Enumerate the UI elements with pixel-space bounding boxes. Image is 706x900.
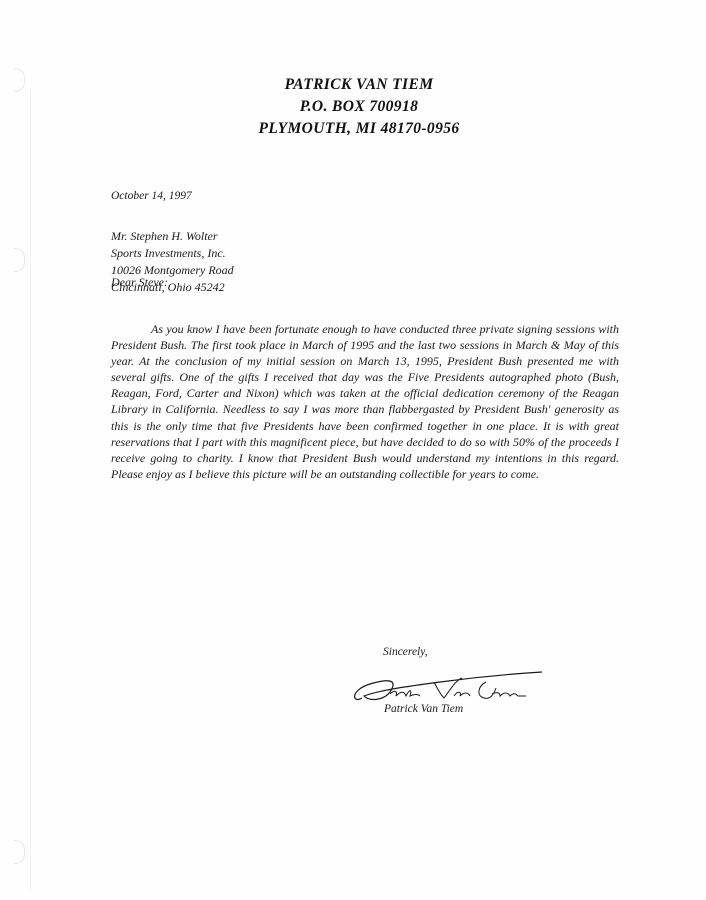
recipient-name: Mr. Stephen H. Wolter	[111, 228, 234, 245]
letterhead-po-box: P.O. BOX 700918	[12, 96, 706, 118]
binder-hole-mark	[14, 248, 25, 272]
salutation: Dear Steve:	[111, 275, 168, 290]
binder-hole-mark	[14, 840, 25, 864]
letterhead: PATRICK VAN TIEM P.O. BOX 700918 PLYMOUT…	[0, 74, 706, 140]
letterhead-city: PLYMOUTH, MI 48170-0956	[12, 118, 706, 140]
recipient-company: Sports Investments, Inc.	[111, 245, 234, 262]
scan-margin-line	[30, 90, 31, 890]
letterhead-name: PATRICK VAN TIEM	[12, 74, 706, 96]
letter-date: October 14, 1997	[111, 190, 192, 202]
signer-name: Patrick Van Tiem	[384, 703, 463, 715]
letter-body: As you know I have been fortunate enough…	[111, 321, 619, 482]
closing: Sincerely,	[383, 646, 428, 658]
letter-page: PATRICK VAN TIEM P.O. BOX 700918 PLYMOUT…	[0, 0, 706, 900]
